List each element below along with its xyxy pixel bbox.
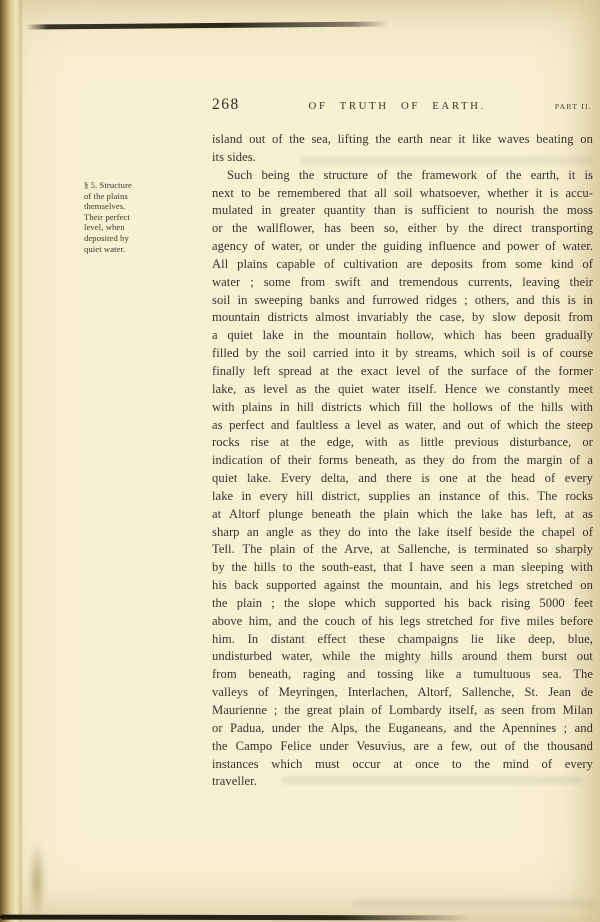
margin-note-line: of the plains bbox=[84, 191, 156, 202]
margin-note-line: deposited by bbox=[84, 233, 156, 244]
page-number: 268 bbox=[212, 96, 240, 114]
text-line: mulated in greater quantity than is suff… bbox=[212, 202, 593, 220]
text-line: its sides. bbox=[212, 149, 593, 167]
text-line: quiet lake. Every delta, and there is on… bbox=[212, 470, 593, 488]
text-line: valleys of Meyringen, Interlachen, Altor… bbox=[212, 684, 593, 702]
scan-artifact-top-line bbox=[26, 21, 388, 29]
book-page: 268 OF TRUTH OF EARTH. PART II. § 5. Str… bbox=[0, 0, 600, 922]
text-line: or the wallflower, has been so, either b… bbox=[212, 220, 593, 238]
margin-note: § 5. Structureof the plainsthemselves.Th… bbox=[84, 180, 156, 254]
text-line: from beneath, raging and tossing like a … bbox=[212, 666, 593, 684]
text-line: All plains capable of cultivation are de… bbox=[212, 256, 593, 274]
margin-note-line: § 5. Structure bbox=[84, 180, 156, 191]
text-line: mountain districts almost invariably the… bbox=[212, 309, 593, 327]
text-line: instances which must occur at once to th… bbox=[212, 756, 593, 774]
text-line: soil in sweeping banks and furrowed ridg… bbox=[212, 292, 593, 310]
text-line: traveller. bbox=[212, 773, 593, 791]
margin-note-line: quiet water. bbox=[84, 244, 156, 255]
text-line: by the hills to the south-east, that I h… bbox=[212, 559, 593, 577]
text-line: Tell. The plain of the Arve, at Sallench… bbox=[212, 541, 593, 559]
margin-note-line: Their perfect bbox=[84, 212, 156, 223]
text-line: agency of water, or under the guiding in… bbox=[212, 238, 593, 256]
text-line: Maurienne ; the great plain of Lombardy … bbox=[212, 702, 593, 720]
text-line: next to be remembered that all soil what… bbox=[212, 185, 593, 203]
text-line: or Padua, under the Alps, the Euganeans,… bbox=[212, 720, 593, 738]
text-line: him. In distant effect these champaigns … bbox=[212, 631, 593, 649]
text-line: finally left spread at the exact level o… bbox=[212, 363, 593, 381]
text-line: sharp an angle as they do into the lake … bbox=[212, 524, 593, 542]
scan-artifact-bottom-line bbox=[0, 915, 472, 921]
text-line: island out of the sea, lifting the earth… bbox=[212, 131, 593, 149]
text-line: the plain ; the slope which supported hi… bbox=[212, 595, 593, 613]
page-header: 268 OF TRUTH OF EARTH. PART II. bbox=[212, 96, 592, 114]
text-line: lake in every hill district, supplies an… bbox=[212, 488, 593, 506]
text-line: at Altorf plunge beneath the plain which… bbox=[212, 506, 593, 524]
part-label: PART II. bbox=[555, 102, 592, 111]
margin-note-line: themselves. bbox=[84, 201, 156, 212]
running-title: OF TRUTH OF EARTH. bbox=[240, 100, 555, 112]
text-line: above him, and the couch of his legs str… bbox=[212, 613, 593, 631]
text-line: water ; some from swift and tremendous c… bbox=[212, 274, 593, 292]
show-through-ghost bbox=[352, 899, 594, 907]
text-line: indication of their forms beneath, as th… bbox=[212, 452, 593, 470]
text-line: his back supported against the mountain,… bbox=[212, 577, 593, 595]
margin-note-line: level, when bbox=[84, 222, 156, 233]
text-line: Such being the structure of the framewor… bbox=[212, 167, 593, 185]
text-line: with plains in hill districts which fill… bbox=[212, 399, 593, 417]
text-line: as perfect and faultless a level as wate… bbox=[212, 417, 593, 435]
text-line: lake, as level as the quiet water itself… bbox=[212, 381, 593, 399]
text-line: a quiet lake in the mountain hollow, whi… bbox=[212, 327, 593, 345]
text-line: rocks rise at the edge, with as little p… bbox=[212, 434, 593, 452]
text-line: the Campo Felice under Vesuvius, are a f… bbox=[212, 738, 593, 756]
text-line: filled by the soil carried into it by st… bbox=[212, 345, 593, 363]
body-text: island out of the sea, lifting the earth… bbox=[212, 131, 593, 791]
text-line: undisturbed water, while the mighty hill… bbox=[212, 648, 593, 666]
scan-stain bbox=[28, 842, 46, 920]
page-curve-line bbox=[19, 0, 22, 922]
